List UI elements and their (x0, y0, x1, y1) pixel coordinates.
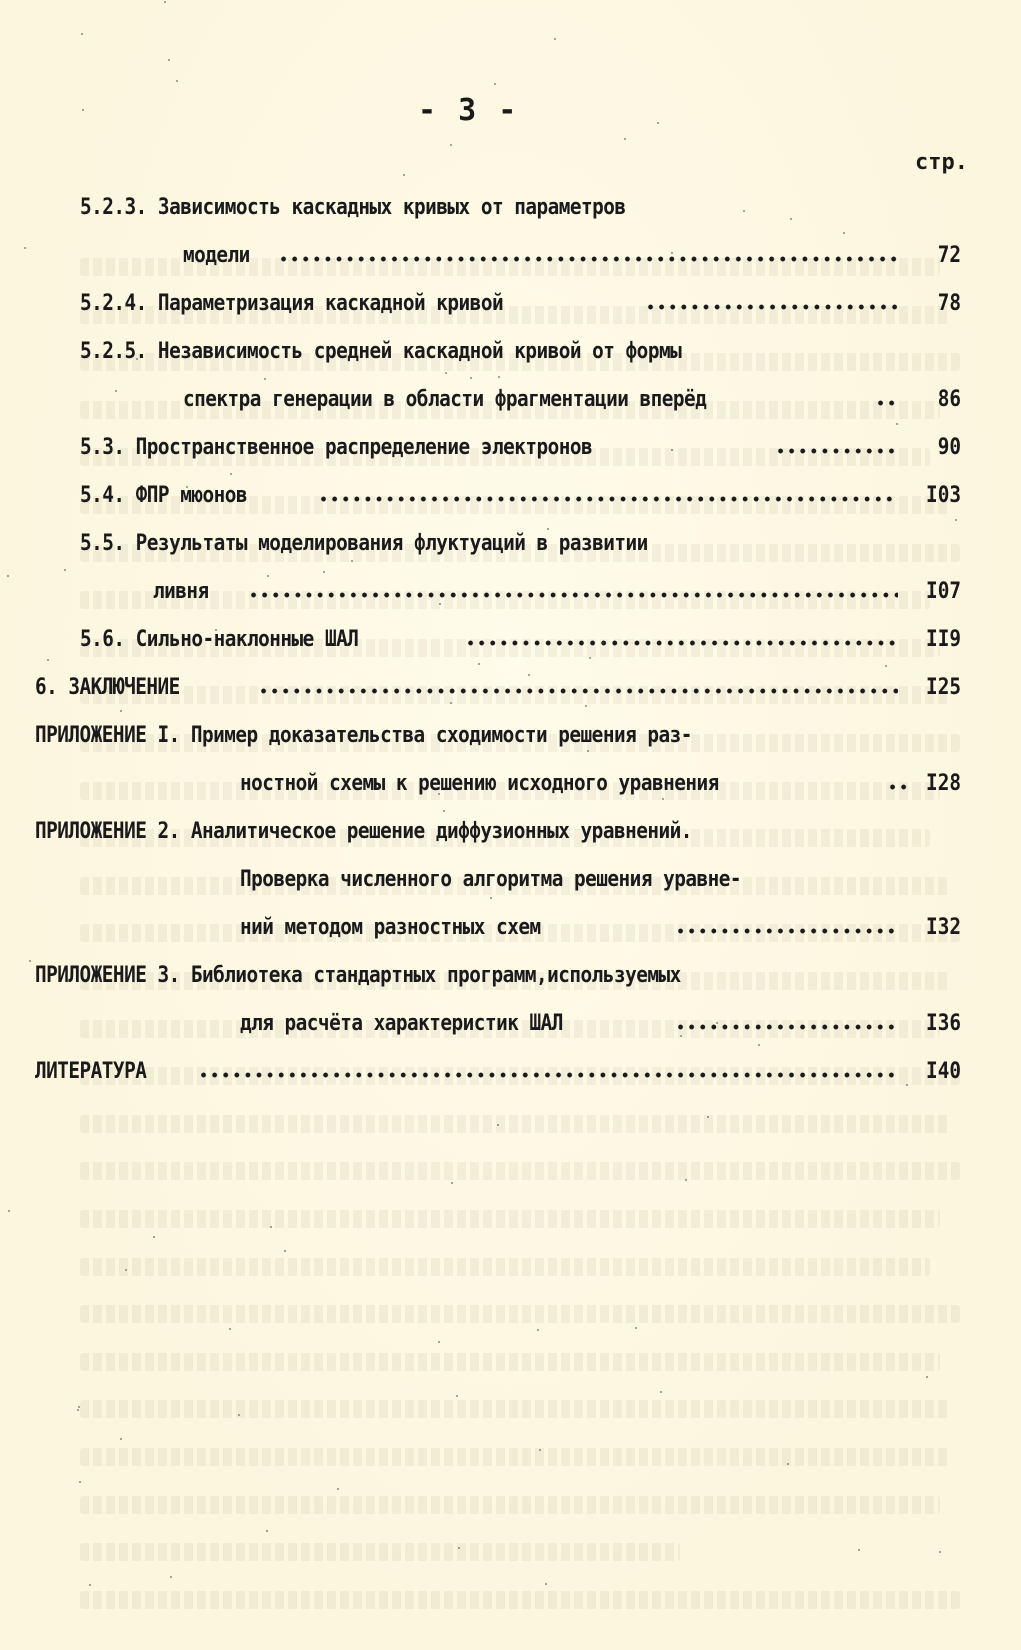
toc-entry-appendix-2-line-3: ний методом разностных схем (240, 913, 541, 941)
toc-entry-5-4: 5.4. ФПР мюонов (80, 481, 247, 509)
speck (279, 781, 281, 783)
speck (896, 423, 898, 425)
show-through-line (80, 1496, 940, 1514)
speck (170, 1576, 172, 1578)
speck (490, 897, 492, 899)
speck (81, 33, 83, 35)
speck (635, 1327, 637, 1329)
show-through-line (80, 1115, 950, 1133)
dot-leader (465, 640, 898, 646)
dot-leader (675, 1024, 898, 1030)
toc-entry-appendix-1-line-1: ПРИЛОЖЕНИЕ I. Пример доказательства сход… (35, 721, 692, 749)
toc-page-number: II9 (909, 625, 961, 653)
toc-entry-5-2-3-line-2: модели (183, 241, 250, 269)
speck (77, 1409, 79, 1411)
toc-page-number: I25 (909, 673, 961, 701)
speck (215, 629, 217, 631)
speck (176, 80, 178, 82)
speck (266, 1530, 268, 1532)
toc-entry-5-5-line-2: ливня (153, 577, 209, 605)
dot-leader (875, 400, 899, 406)
speck (125, 1269, 127, 1271)
show-through-line (80, 1258, 930, 1276)
show-through-line (80, 1162, 960, 1180)
toc-entry-5-5-line-1: 5.5. Результаты моделирования флуктуаций… (80, 529, 648, 557)
show-through-line (80, 1591, 960, 1609)
speck (82, 109, 84, 111)
speck (78, 1406, 80, 1408)
show-through-line (80, 1353, 940, 1371)
speck (955, 302, 957, 304)
dot-leader (318, 496, 898, 502)
toc-page-number: I07 (909, 577, 961, 605)
show-through-line (80, 1210, 940, 1228)
speck (229, 1328, 231, 1330)
dot-leader (198, 1072, 898, 1078)
speck (120, 1438, 122, 1440)
speck (403, 174, 405, 176)
speck (671, 252, 673, 254)
speck (843, 232, 845, 234)
speck (24, 247, 26, 249)
speck (885, 665, 887, 667)
speck (758, 1044, 760, 1046)
show-through-line (80, 1305, 960, 1323)
speck (685, 1179, 687, 1181)
toc-entry-5-2-5-line-2: спектра генерации в области фрагментации… (183, 385, 706, 413)
toc-page-number: 90 (909, 433, 961, 461)
toc-page-number: I28 (909, 769, 961, 797)
speck (589, 657, 591, 659)
speck (494, 83, 496, 85)
toc-entry-appendix-1-line-2: ностной схемы к решению исходного уравне… (240, 769, 719, 797)
speck (456, 1395, 458, 1397)
toc-entry-appendix-2-line-2: Проверка численного алгоритма решения ур… (240, 865, 741, 893)
speck (120, 710, 122, 712)
speck (716, 1022, 718, 1024)
speck (230, 473, 232, 475)
toc-page-number: I03 (909, 481, 961, 509)
speck (478, 663, 480, 665)
speck (498, 376, 500, 378)
dot-leader (675, 928, 898, 934)
toc-page-number: I32 (909, 913, 961, 941)
speck (115, 390, 117, 392)
show-through-line (80, 1448, 950, 1466)
speck (153, 1236, 155, 1238)
dot-leader (278, 256, 898, 262)
speck (443, 810, 445, 812)
speck (264, 378, 266, 380)
speck (707, 1116, 709, 1118)
toc-page-number: I36 (909, 1009, 961, 1037)
dot-leader (775, 448, 898, 454)
toc-entry-5-2-4: 5.2.4. Параметризация каскадной кривой (80, 289, 503, 317)
speck (528, 674, 530, 676)
speck (270, 1226, 272, 1228)
speck (858, 1549, 860, 1551)
toc-page-number: I40 (909, 1057, 961, 1085)
speck (89, 1584, 91, 1586)
speck (662, 798, 664, 800)
speck (168, 59, 170, 61)
speck (8, 1210, 10, 1212)
speck (497, 1124, 499, 1126)
document-page: - 3 - стр. 5.2.3. Зависимость каскадных … (0, 0, 1021, 1650)
dot-leader (887, 784, 909, 790)
speck (585, 705, 587, 707)
speck (267, 575, 269, 577)
speck (743, 210, 745, 212)
speck (554, 38, 556, 40)
speck (419, 880, 421, 882)
speck (323, 571, 325, 573)
speck (79, 1481, 81, 1483)
speck (438, 793, 440, 795)
speck (537, 1329, 539, 1331)
speck (29, 960, 31, 962)
speck (337, 1488, 339, 1490)
speck (747, 1024, 749, 1026)
dot-leader (258, 688, 898, 694)
speck (545, 1583, 547, 1585)
speck (680, 1035, 682, 1037)
toc-entry-appendix-3-line-1: ПРИЛОЖЕНИЕ 3. Библиотека стандартных про… (35, 961, 681, 989)
speck (560, 779, 562, 781)
speck (47, 659, 49, 661)
speck (186, 486, 188, 488)
toc-page-number: 86 (909, 385, 961, 413)
speck (284, 1250, 286, 1252)
speck (787, 1463, 789, 1465)
show-through-line (80, 1543, 680, 1561)
toc-page-number: 78 (909, 289, 961, 317)
toc-entry-appendix-3-line-2: для расчёта характеристик ШАЛ (240, 1009, 563, 1037)
speck (458, 1547, 460, 1549)
page-number: - 3 - (418, 93, 518, 128)
speck (7, 575, 9, 577)
speck (790, 218, 792, 220)
toc-entry-5-3: 5.3. Пространственное распределение элек… (80, 433, 592, 461)
toc-entry-5-2-3-line-1: 5.2.3. Зависимость каскадных кривых от п… (80, 193, 626, 221)
page-column-label: стр. (915, 150, 968, 175)
toc-page-number: 72 (909, 241, 961, 269)
speck (351, 560, 353, 562)
speck (438, 1341, 440, 1343)
speck (238, 1414, 240, 1416)
speck (660, 1391, 662, 1393)
speck (445, 372, 447, 374)
speck (450, 144, 452, 146)
show-through-line (80, 1400, 950, 1418)
speck (657, 122, 659, 124)
toc-entry-5-6: 5.6. Сильно-наклонные ШАЛ (80, 625, 358, 653)
speck (164, 1, 166, 3)
speck (955, 519, 957, 521)
speck (671, 449, 673, 451)
speck (136, 358, 138, 360)
speck (439, 603, 441, 605)
speck (926, 1376, 928, 1378)
speck (451, 1182, 453, 1184)
toc-entry-literature: ЛИТЕРАТУРА (35, 1057, 146, 1085)
toc-entry-appendix-2-line-1: ПРИЛОЖЕНИЕ 2. Аналитическое решение дифф… (35, 817, 692, 845)
speck (906, 1084, 908, 1086)
speck (602, 642, 604, 644)
toc-entry-6-conclusion: 6. ЗАКЛЮЧЕНИЕ (35, 673, 180, 701)
speck (539, 1449, 541, 1451)
dot-leader (248, 592, 898, 598)
speck (624, 138, 626, 140)
speck (64, 569, 66, 571)
speck (470, 377, 472, 379)
toc-entry-5-2-5-line-1: 5.2.5. Независимость средней каскадной к… (80, 337, 681, 365)
speck (547, 528, 549, 530)
dot-leader (645, 304, 898, 310)
speck (587, 750, 589, 752)
speck (939, 1551, 941, 1553)
speck (450, 702, 452, 704)
